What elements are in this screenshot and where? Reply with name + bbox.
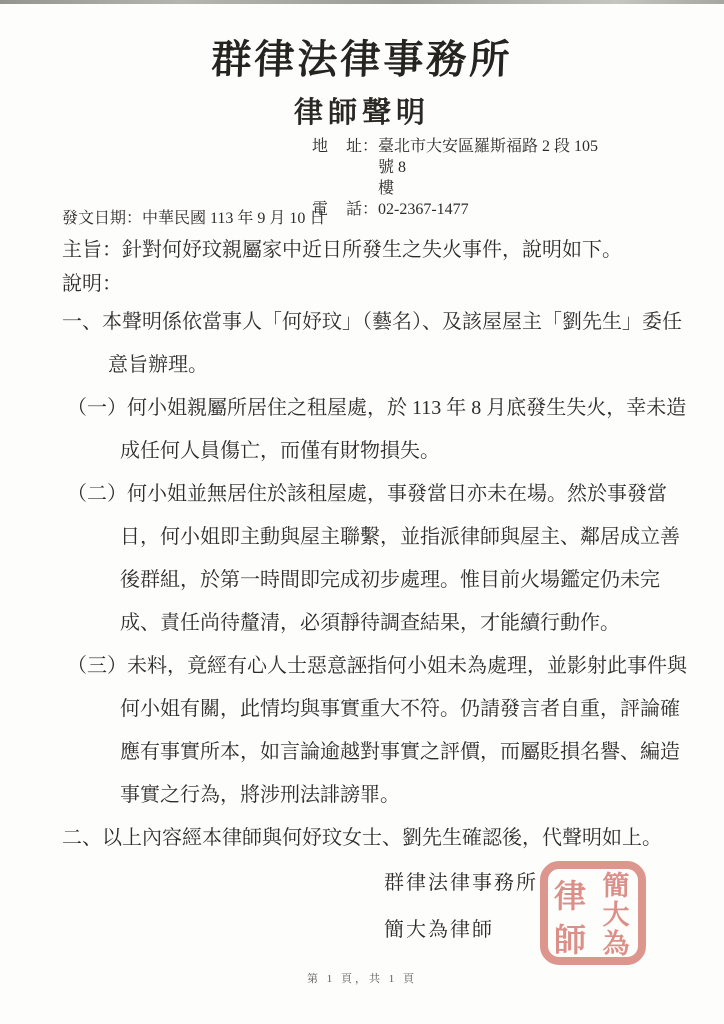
seal-char: 簡: [603, 870, 630, 901]
body-line: 後群組，於第一時間即完成初步處理。惟目前火場鑑定仍未完: [62, 559, 674, 602]
scan-edge-artifact: [0, 0, 724, 4]
letter-body: 發文日期：中華民國 113 年 9 月 10 日 主旨：針對何妤玟親屬家中近日所…: [62, 204, 674, 860]
document-page: 群律法律事務所 律師聲明 地址： 臺北市大安區羅斯福路 2 段 105 號 8 …: [0, 0, 724, 1024]
body-line: （二）何小姐並無居住於該租屋處，事發當日亦未在場。然於事發當: [62, 473, 674, 516]
seal-char: 為: [603, 928, 630, 959]
body-line: 應有事實所本，如言論逾越對事實之評價，而屬貶損名譽、編造: [62, 731, 674, 774]
body-line: 何小姐有關，此情均與事實重大不符。仍請發言者自重，評論確: [62, 688, 674, 731]
seal-char: 師: [554, 922, 586, 958]
seal-char: 律: [554, 878, 586, 914]
signature-firm-name: 群律法律事務所: [384, 866, 538, 900]
body-line: 事實之行為，將涉刑法誹謗罪。: [62, 774, 674, 817]
lawyer-seal-stamp: 簡 大 為 律 師: [539, 860, 647, 966]
body-line: 一、本聲明係依當事人「何妤玟」（藝名）、及該屋屋主「劉先生」委任: [62, 301, 674, 344]
date-line: 發文日期：中華民國 113 年 9 月 10 日: [62, 204, 674, 234]
document-title: 律師聲明: [0, 90, 724, 131]
subject-line: 主旨：針對何妤玟親屬家中近日所發生之失火事件，說明如下。: [62, 234, 674, 267]
body-line: （一）何小姐親屬所居住之租屋處，於 113 年 8 月底發生失火，幸未造: [62, 387, 674, 430]
address-value: 臺北市大安區羅斯福路 2 段 105 號 8 樓: [378, 136, 616, 199]
address-row: 地址： 臺北市大安區羅斯福路 2 段 105 號 8 樓: [312, 136, 616, 199]
page-number-footer: 第 1 頁，共 1 頁: [0, 970, 724, 986]
signature-lawyer-name: 簡大為律師: [384, 913, 538, 947]
address-label: 地址：: [312, 136, 378, 157]
body-line: 成任何人員傷亡，而僅有財物損失。: [62, 430, 674, 473]
body-line: 二、以上內容經本律師與何妤玟女士、劉先生確認後，代聲明如上。: [62, 817, 674, 860]
firm-name-title: 群律法律事務所: [0, 28, 724, 85]
signature-block: 群律法律事務所 簡大為律師: [384, 866, 538, 947]
explanation-heading: 說明：: [62, 267, 674, 301]
body-line: 意旨辦理。: [62, 344, 674, 387]
seal-char: 大: [603, 900, 630, 930]
body-line: 日，何小姐即主動與屋主聯繫，並指派律師與屋主、鄰居成立善: [62, 516, 674, 559]
body-line: （三）未料，竟經有心人士惡意誣指何小姐未為處理，並影射此事件與: [62, 645, 674, 688]
body-line: 成、責任尚待釐清，必須靜待調查結果，才能續行動作。: [62, 602, 674, 645]
